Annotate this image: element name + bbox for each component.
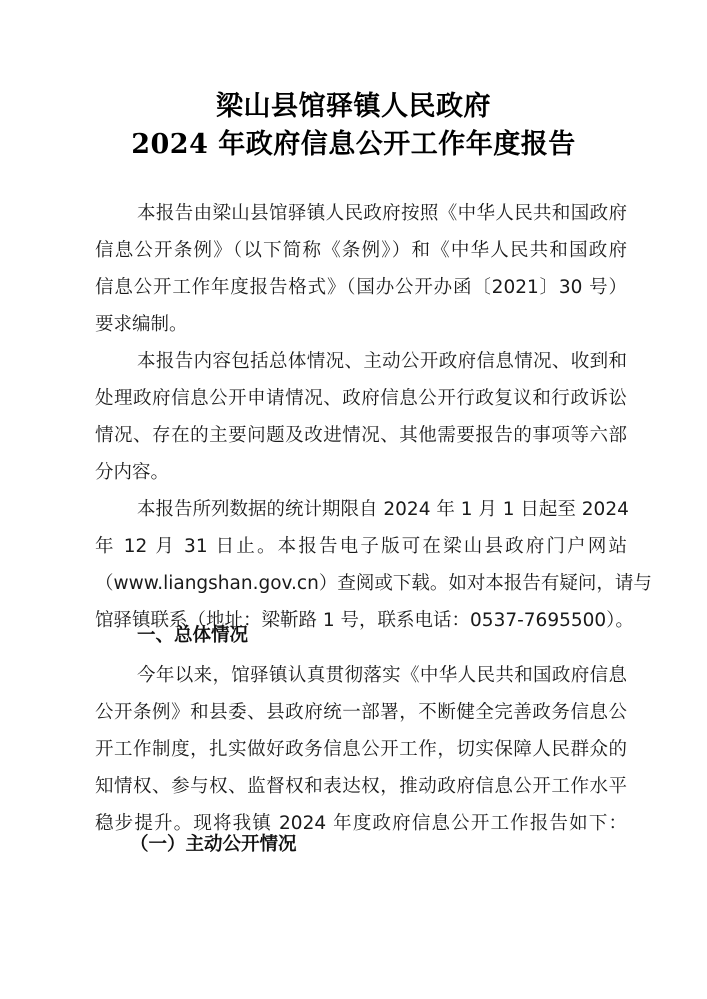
paragraph-1-line-4: 要求编制。: [95, 313, 188, 337]
paragraph-2-line-1: 本报告内容包括总体情况、主动公开政府信息情况、收到和: [137, 350, 627, 374]
section-1-line-2: 公开条例》和县委、县政府统一部署，不断健全完善政务信息公: [95, 701, 627, 725]
paragraph-3-line-2: 年 12 月 31 日止。本报告电子版可在梁山县政府门户网站: [95, 535, 627, 559]
section-1-heading: 一、总体情况: [137, 621, 248, 647]
paragraph-1-line-1: 本报告由梁山县馆驿镇人民政府按照《中华人民共和国政府: [137, 202, 627, 226]
section-1-line-1: 今年以来，馆驿镇认真贯彻落实《中华人民共和国政府信息: [137, 664, 627, 688]
paragraph-1-line-2: 信息公开条例》（以下简称《条例》）和《中华人民共和国政府: [95, 239, 627, 263]
paragraph-3-line-1: 本报告所列数据的统计期限自 2024 年 1 月 1 日起至 2024: [137, 498, 627, 522]
paragraph-1-line-3: 信息公开工作年度报告格式》（国办公开办函〔2021〕30 号）: [95, 276, 627, 300]
paragraph-2-line-3: 情况、存在的主要问题及改进情况、其他需要报告的事项等六部: [95, 424, 627, 448]
document-title-line-2: 2024 年政府信息公开工作年度报告: [0, 122, 707, 161]
subsection-1-heading: （一）主动公开情况: [130, 830, 297, 856]
document-page: 梁山县馆驿镇人民政府 2024 年政府信息公开工作年度报告 本报告由梁山县馆驿镇…: [0, 0, 707, 999]
section-1-line-3: 开工作制度，扎实做好政务信息公开工作，切实保障人民群众的: [95, 738, 627, 762]
paragraph-3-line-3: （www.liangshan.gov.cn）查阅或下载。如对本报告有疑问，请与: [95, 572, 627, 596]
section-1-line-4: 知情权、参与权、监督权和表达权，推动政府信息公开工作水平: [95, 775, 627, 799]
paragraph-2-line-4: 分内容。: [95, 461, 169, 485]
document-title-line-1: 梁山县馆驿镇人民政府: [0, 84, 707, 123]
paragraph-2-line-2: 处理政府信息公开申请情况、政府信息公开行政复议和行政诉讼: [95, 387, 627, 411]
